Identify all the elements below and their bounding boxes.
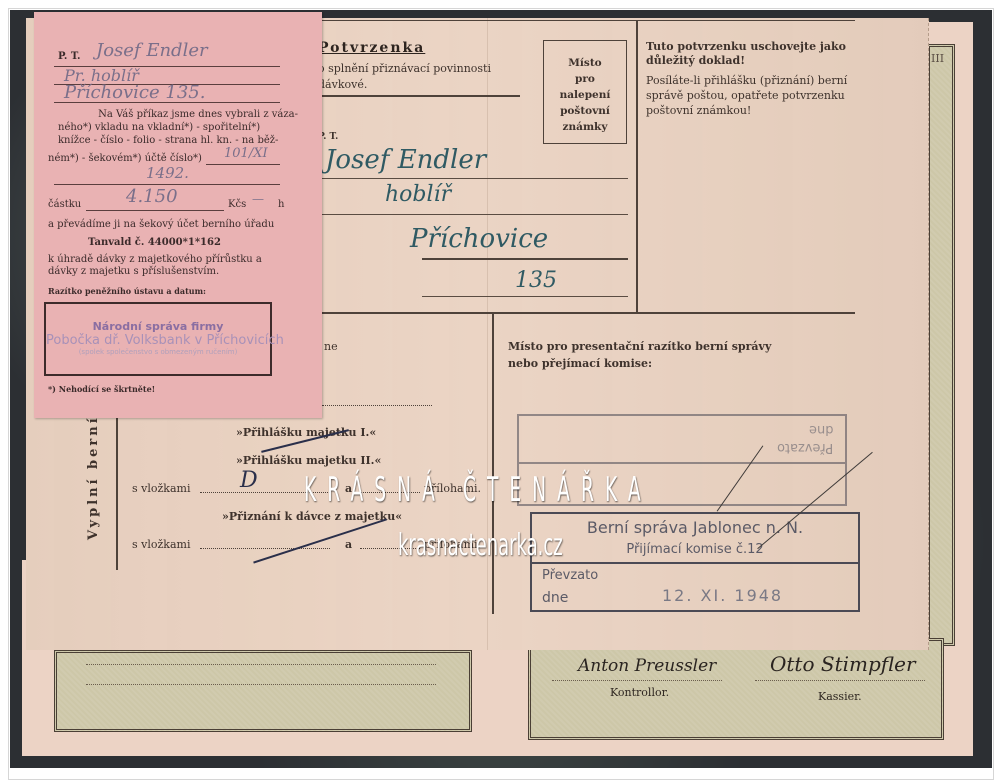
tax-office-stamp: Berní správa Jablonec n. N. Přijímací ko… — [530, 512, 860, 612]
address-line — [322, 178, 628, 179]
cashier-title: Kassier. — [818, 690, 862, 703]
slip-purpose-2: dávky z majetku s příslušenstvím. — [48, 266, 219, 278]
item-declaration-1: »Přihlášku majetku I.« — [236, 426, 376, 440]
controller-signature: Anton Preussler — [578, 656, 716, 676]
ghost-stamp-text: dne — [809, 422, 834, 437]
stamp-rule — [532, 562, 858, 564]
watermark-url: krasnactenarka.cz — [398, 528, 563, 563]
vertical-label: Vyplní berní — [86, 415, 101, 540]
slip-currency-dash: — — [252, 192, 264, 206]
cashier-signature: Otto Stimpfler — [770, 652, 916, 676]
presentation-stamp-label-2: nebo přejímací komise: — [508, 357, 652, 371]
slip-body: Na Váš příkaz jsme dnes vybrali z váza- … — [58, 108, 298, 147]
stamp-place-line: nalepení — [544, 87, 626, 103]
dotted-line — [552, 680, 722, 681]
postage-stamp-area: Místo pro nalepení poštovní známky — [543, 40, 627, 144]
slip-body-line: Na Váš příkaz jsme dnes vybrali z váza- — [58, 108, 298, 121]
address-line — [422, 258, 628, 260]
addressee-number: 135 — [515, 268, 557, 293]
dotted-line — [86, 664, 436, 665]
slip-stamp-label: Razítko peněžního ústavu a datum: — [48, 284, 206, 298]
slip-line — [54, 184, 280, 185]
slip-handwritten-name: Josef Endler — [96, 40, 208, 61]
slip-office: Tanvald č. 44000*1*162 — [88, 236, 221, 250]
notice-line-1: Posíláte-li přihlášku (přiznání) berní — [646, 74, 847, 88]
controller-title: Kontrollor. — [610, 686, 669, 699]
bank-stamp-line-1: Národní správa firmy — [46, 320, 270, 333]
item-declaration-2: »Přihlášku majetku II.« — [236, 454, 381, 468]
slip-body-line: ného*) vkladu na vkladní*) - spořitelní*… — [58, 121, 298, 134]
slip-amount-value: 4.150 — [126, 186, 178, 207]
slip-line — [206, 164, 280, 165]
slip-line — [54, 102, 280, 103]
stamp-place-line: Místo — [544, 55, 626, 71]
slip-purpose-1: k úhradě dávky z majetkového přírůstku a — [48, 254, 262, 266]
receipt-title: Potvrzenka — [318, 40, 425, 56]
inserts-label: s vložkami — [132, 538, 190, 552]
watermark-title: KRÁSNÁ ČTENÁŘKA — [304, 470, 799, 510]
inserts-field — [200, 548, 330, 549]
inserts-label: s vložkami — [132, 482, 190, 496]
bank-stamp: Národní správa firmy Pobočka dř. Volksba… — [44, 302, 272, 376]
slip-account-number-2: 1492. — [146, 164, 189, 182]
slip-account-number: 101/XI — [224, 146, 268, 161]
slip-haler-label: h — [278, 198, 284, 212]
slip-amount-line — [86, 210, 224, 211]
slip-footnote: *) Nehodící se škrtněte! — [48, 382, 155, 396]
subtitle-rule — [320, 95, 520, 97]
partial-label: ne — [324, 340, 338, 354]
dotted-line — [322, 405, 432, 406]
receipt-subtitle-1: o splnění přiznávací povinnosti — [318, 62, 491, 76]
stamp-place-line: známky — [544, 119, 626, 135]
addressee-town: Příchovice — [410, 224, 548, 254]
stamp-place-line: pro — [544, 71, 626, 87]
presentation-stamp-label-1: Místo pro presentační razítko berní sprá… — [508, 340, 771, 354]
stamp-commission: Přijímací komise č.12 — [532, 542, 858, 557]
stamp-date-value: 12. XI. 1948 — [662, 586, 783, 605]
divider-vertical — [636, 20, 638, 312]
address-line — [422, 296, 628, 297]
notice-keep-receipt: Tuto potvrzenku uschovejte jako důležitý… — [646, 40, 846, 68]
page-number: III — [931, 52, 944, 65]
dotted-line — [86, 684, 436, 685]
slip-transfer-text: a převádíme ji na šekový účet berního úř… — [48, 218, 274, 232]
section-rule — [320, 312, 855, 314]
stamp-office-name: Berní správa Jablonec n. N. — [532, 518, 858, 537]
bank-stamp-line-3: (spolek společenstvo s obmezeným ručením… — [46, 348, 270, 356]
stamp-date-label: dne — [542, 590, 568, 606]
bank-stamp-line-2: Pobočka dř. Volksbank v Příchovicích — [46, 333, 270, 348]
stamp-received-label: Převzato — [542, 568, 598, 583]
receipt-subtitle-2: dávkové. — [318, 78, 367, 92]
notice-line-3: poštovní známkou! — [646, 104, 751, 118]
dotted-line — [755, 680, 925, 681]
ghost-stamp-rule — [519, 462, 845, 464]
vertical-rule — [116, 418, 118, 570]
handwritten-D: D — [240, 468, 258, 493]
slip-amount-label: částku — [48, 198, 81, 212]
slip-handwritten-address: Příchovice 135. — [64, 82, 205, 103]
top-rule — [320, 20, 855, 21]
ghost-stamp-text: Převzato — [777, 440, 833, 455]
slip-currency-label: Kčs — [228, 198, 246, 212]
addressee-name: Josef Endler — [325, 145, 486, 175]
slip-pt-label: P. T. — [58, 50, 80, 64]
divider-vertical — [492, 314, 494, 614]
stamp-place-line: poštovní — [544, 103, 626, 119]
address-line — [322, 214, 628, 215]
addressee-occupation: hoblíř — [385, 182, 451, 207]
and-label: a — [345, 538, 352, 552]
left-green-panel — [54, 650, 472, 732]
right-edge-green-strip — [927, 44, 955, 646]
notice-line-2: správě poštou, opatřete potvrzenku — [646, 89, 845, 103]
